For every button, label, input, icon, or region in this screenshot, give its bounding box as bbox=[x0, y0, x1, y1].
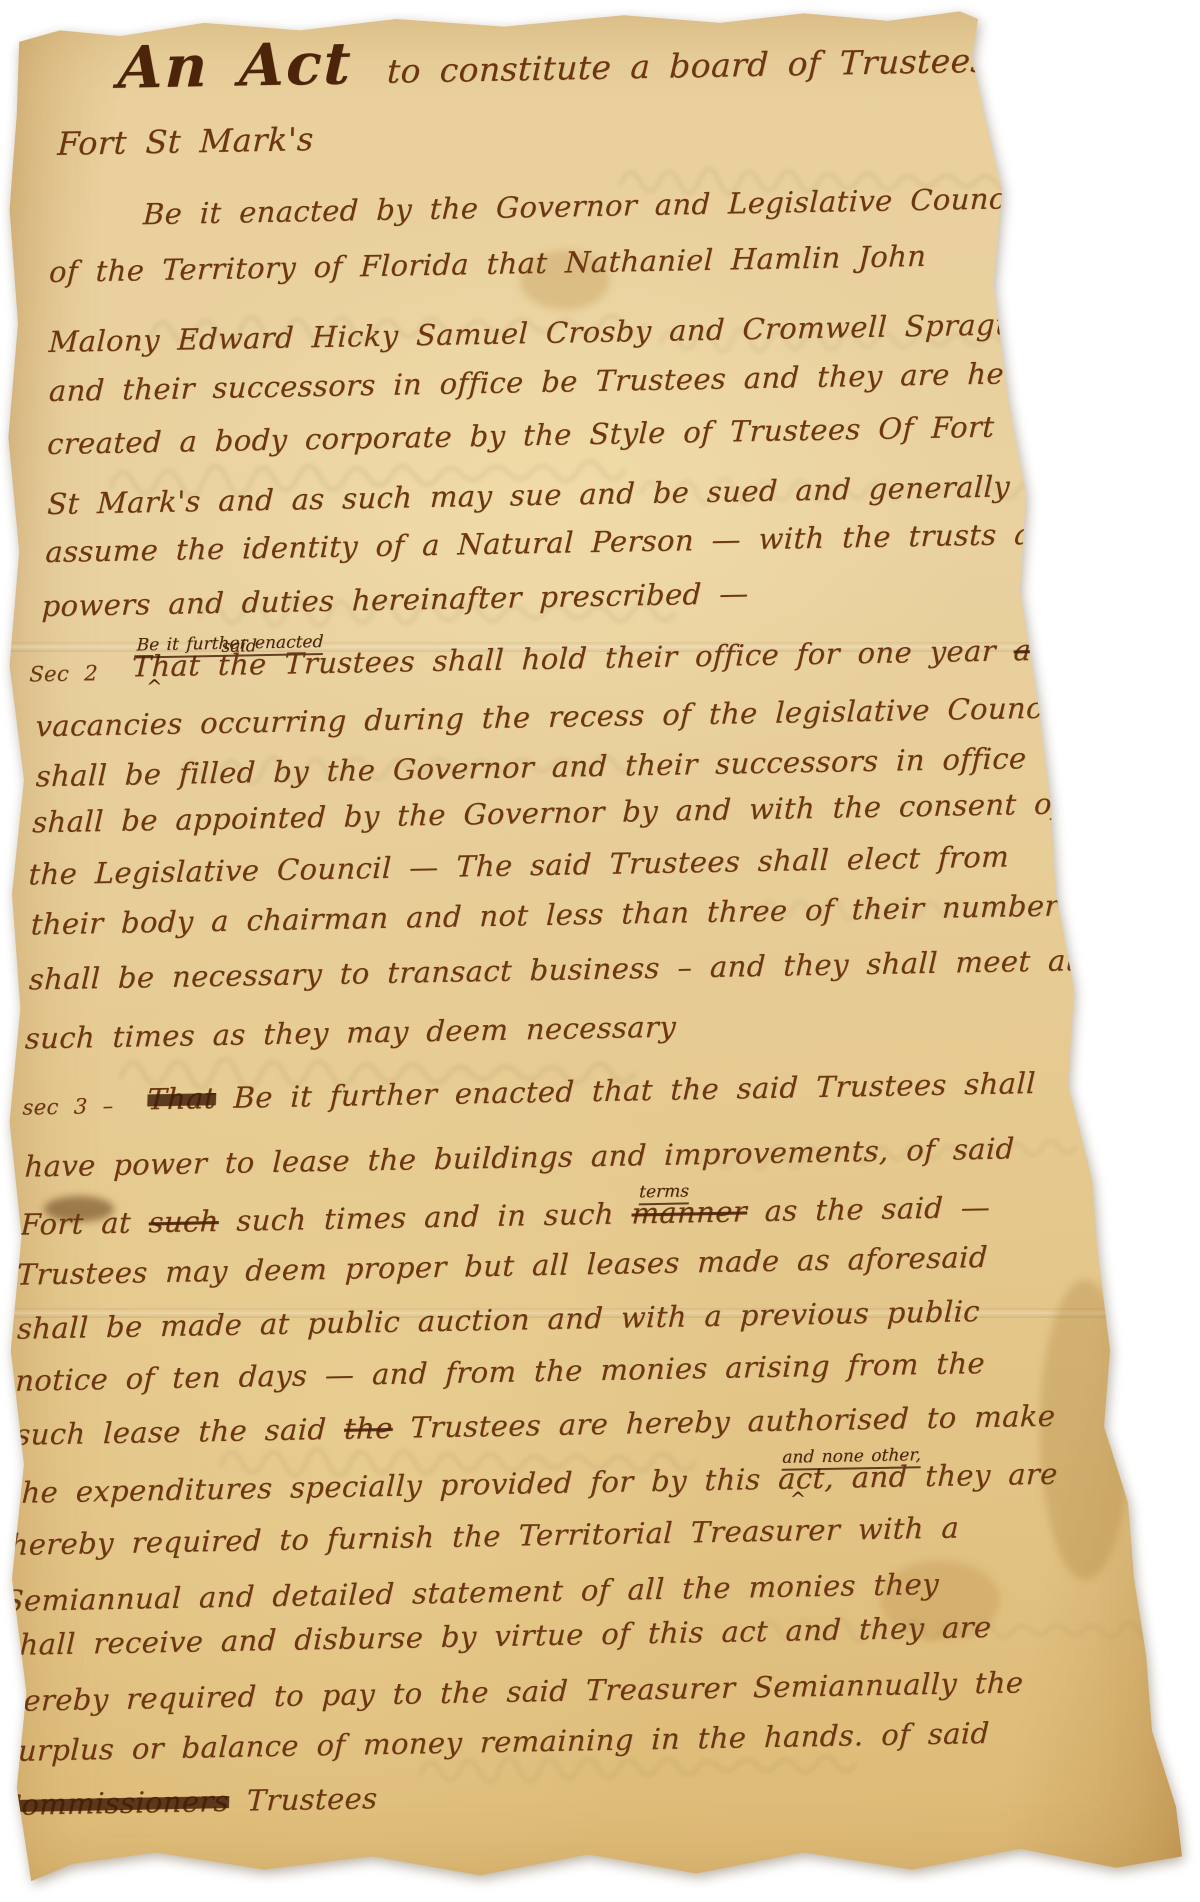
text-segment: Trustees bbox=[246, 1781, 378, 1817]
manuscript-line: of the Territory of Florida that Nathani… bbox=[48, 239, 926, 289]
manuscript-line: hereby required to pay to the said Treas… bbox=[4, 1665, 1024, 1718]
text-segment: An Act bbox=[117, 29, 354, 101]
text-segment: ThatBe it further enacted^ bbox=[131, 648, 201, 683]
text-segment: notice of ten days — bbox=[15, 1358, 355, 1398]
manuscript-line: shall be appointed by the Governor by an… bbox=[32, 786, 1111, 840]
manuscript-paper: An Act to constitute a board of Trustees… bbox=[0, 0, 1200, 1902]
struck-out-text: such bbox=[148, 1204, 219, 1239]
manuscript-line: such times as they may deem necessary bbox=[24, 1010, 676, 1056]
text-segment: John bbox=[858, 239, 927, 274]
text-segment: created a body corporate by the Style of… bbox=[47, 410, 995, 461]
scan-background: An Act to constitute a board of Trustees… bbox=[0, 0, 1200, 1902]
manuscript-line: Trustees may deem proper but all leases … bbox=[16, 1240, 988, 1292]
manuscript-text-layer: An Act to constitute a board of Trustees… bbox=[0, 0, 1200, 1902]
text-segment: shall receive and disburse by virtue of … bbox=[4, 1610, 992, 1662]
manuscript-line: shall be filled by the Governor and thei… bbox=[35, 741, 1027, 793]
manuscript-line: notice of ten days — and from the monies… bbox=[15, 1346, 986, 1398]
text-segment: as the said — bbox=[764, 1190, 991, 1228]
text-segment: and from the monies arising from the bbox=[371, 1346, 985, 1391]
text-segment: such lease the said bbox=[15, 1412, 327, 1452]
text-segment: such times and in such bbox=[236, 1197, 615, 1238]
text-segment: of the Territory of Florida that Nathani… bbox=[48, 240, 841, 289]
manuscript-line: An Act to constitute a board of Trustees… bbox=[117, 16, 1057, 101]
text-segment: shall be filled by the Governor and thei… bbox=[35, 741, 1027, 793]
text-segment: and they are bbox=[851, 1457, 1058, 1495]
manuscript-line: assume the identity of a Natural Person … bbox=[45, 516, 1071, 569]
manuscript-line: such lease the said the Trustees are her… bbox=[15, 1399, 1056, 1452]
text-segment: St Mark's and as such may sue and be sue… bbox=[47, 469, 1059, 522]
text-segment: Fort St Mark's bbox=[57, 120, 315, 163]
interlinear-insertion: said bbox=[221, 636, 257, 657]
manuscript-paper-wrap: An Act to constitute a board of Trustees… bbox=[0, 0, 1200, 1902]
manuscript-line: Fort at such such times and in such mann… bbox=[20, 1190, 991, 1242]
text-segment: Be it enacted by the Governor and Legisl… bbox=[142, 181, 1025, 231]
text-segment: Trustees are hereby authorised to make bbox=[410, 1399, 1056, 1445]
text-segment: surplus or balance of money remaining in… bbox=[2, 1716, 990, 1768]
manuscript-line: shall be made at public auction and with… bbox=[17, 1294, 981, 1346]
manuscript-line: Be it enacted by the Governor and Legisl… bbox=[142, 181, 1025, 231]
text-segment: Trustees may deem proper but all leases … bbox=[16, 1240, 988, 1292]
text-segment: such times as they may deem necessary bbox=[24, 1010, 676, 1056]
struck-out-text: the bbox=[343, 1411, 393, 1446]
text-segment: act,and none other,^ bbox=[778, 1461, 835, 1496]
manuscript-line: the expenditures specially provided for … bbox=[9, 1457, 1058, 1510]
text-segment: the expenditures specially provided for … bbox=[9, 1462, 761, 1510]
struck-out-text: That bbox=[147, 1081, 217, 1116]
text-segment: and their successors in office be Truste… bbox=[48, 355, 1072, 408]
section-number: sec 3 – bbox=[22, 1094, 114, 1120]
manuscript-line: Sec 2 ThatBe it further enacted^ thesaid… bbox=[29, 632, 1070, 686]
manuscript-line: created a body corporate by the Style of… bbox=[47, 410, 995, 461]
text-segment: have power to lease the buildings and im… bbox=[24, 1131, 1015, 1183]
text-segment: Semiannual and detailed statement of all… bbox=[3, 1567, 939, 1618]
manuscript-line: St Mark's and as such may sue and be sue… bbox=[47, 469, 1059, 522]
struck-out-text: and bbox=[1013, 632, 1070, 667]
text-segment: to constitute a board of Trustees for bbox=[386, 39, 1056, 90]
manuscript-line: have power to lease the buildings and im… bbox=[24, 1131, 1015, 1183]
text-segment: The said Trustees shall elect from bbox=[456, 839, 1010, 883]
text-segment: hereby required to furnish the Territori… bbox=[9, 1516, 673, 1562]
text-segment: vacancies occurring during the recess of… bbox=[35, 690, 1063, 743]
manuscript-line: their body a chairman and not less than … bbox=[30, 889, 1059, 942]
section-number: Sec 2 bbox=[29, 661, 98, 686]
text-segment: Treasurer with a bbox=[690, 1511, 960, 1550]
text-segment: Be it further enacted that the said Trus… bbox=[233, 1066, 1036, 1115]
manuscript-line: hereby required to furnish the Territori… bbox=[9, 1511, 960, 1562]
struck-out-text: mannerterms bbox=[631, 1194, 748, 1230]
text-segment: hereby required to pay to the said Treas… bbox=[4, 1665, 1024, 1718]
text-segment: thesaid bbox=[217, 647, 267, 682]
manuscript-line: shall be necessary to transact business … bbox=[28, 943, 1078, 996]
manuscript-line: Fort St Mark's bbox=[57, 120, 315, 163]
manuscript-line: the Legislative Council — The said Trust… bbox=[28, 839, 1010, 891]
struck-out-text: Commissioners bbox=[0, 1784, 230, 1822]
interlinear-insertion: terms bbox=[639, 1181, 690, 1205]
manuscript-line: vacancies occurring during the recess of… bbox=[35, 690, 1063, 743]
manuscript-line: Semiannual and detailed statement of all… bbox=[3, 1567, 939, 1618]
text-segment: Malony Edward Hicky Samuel Crosby and Cr… bbox=[48, 307, 1032, 359]
manuscript-line: surplus or balance of money remaining in… bbox=[2, 1716, 990, 1768]
manuscript-line: sec 3 – That Be it further enacted that … bbox=[22, 1066, 1036, 1120]
insertion-caret: ^ bbox=[789, 1488, 806, 1510]
manuscript-line: and their successors in office be Truste… bbox=[48, 355, 1072, 408]
manuscript-line: shall receive and disburse by virtue of … bbox=[4, 1610, 992, 1662]
manuscript-line: Malony Edward Hicky Samuel Crosby and Cr… bbox=[48, 307, 1032, 359]
text-segment: shall be appointed by the Governor by an… bbox=[32, 786, 1111, 840]
text-segment: their body a chairman and not less than … bbox=[30, 889, 1059, 942]
text-segment: assume the identity of a Natural Person … bbox=[45, 516, 1071, 569]
manuscript-line: powers and duties hereinafter prescribed… bbox=[41, 576, 749, 623]
text-segment: the Legislative Council — bbox=[28, 850, 439, 892]
text-segment: shall be necessary to transact business … bbox=[28, 943, 1078, 996]
text-segment: Fort at bbox=[20, 1206, 132, 1242]
manuscript-line: Commissioners Trustees bbox=[0, 1781, 378, 1822]
text-segment: shall be made at public auction and with… bbox=[17, 1294, 981, 1346]
text-segment: Trustees shall hold their office for one… bbox=[284, 634, 997, 681]
insertion-caret: ^ bbox=[146, 676, 163, 698]
text-segment: powers and duties hereinafter prescribed… bbox=[41, 576, 749, 623]
